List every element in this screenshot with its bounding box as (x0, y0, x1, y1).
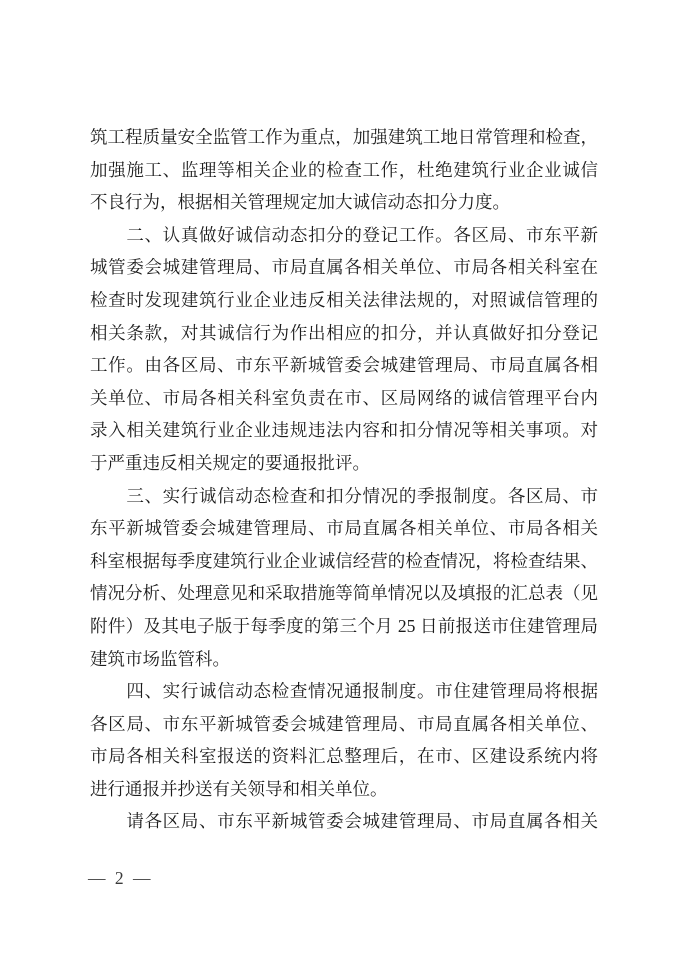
text-line: 情况分析、处理意见和采取措施等简单情况以及填报的汇总表（见 (90, 577, 598, 610)
text-line: 城管委会城建管理局、市局直属各相关单位、市局各相关科室在 (90, 251, 598, 284)
text-line: 各区局、市东平新城管委会城建管理局、市局直属各相关单位、 (90, 708, 598, 741)
text-line: 四、实行诚信动态检查情况通报制度。市住建管理局将根据 (90, 675, 598, 708)
text-line: 加强施工、监理等相关企业的检查工作，杜绝建筑行业企业诚信 (90, 154, 598, 187)
text-line: 筑工程质量安全监管工作为重点，加强建筑工地日常管理和检查， (90, 121, 598, 154)
text-line: 关单位、市局各相关科室负责在市、区局网络的诚信管理平台内 (90, 382, 598, 415)
text-line: 录入相关建筑行业企业违规违法内容和扣分情况等相关事项。对 (90, 414, 598, 447)
text-line: 请各区局、市东平新城管委会城建管理局、市局直属各相关 (90, 805, 598, 838)
text-line: 相关条款，对其诚信行为作出相应的扣分，并认真做好扣分登记 (90, 317, 598, 350)
text-line: 附件）及其电子版于每季度的第三个月 25 日前报送市住建管理局 (90, 610, 598, 643)
text-line: 建筑市场监管科。 (90, 643, 598, 676)
text-line: 三、实行诚信动态检查和扣分情况的季报制度。各区局、市 (90, 480, 598, 513)
text-line: 科室根据每季度建筑行业企业诚信经营的检查情况，将检查结果、 (90, 545, 598, 578)
text-line: 检查时发现建筑行业企业违反相关法律法规的，对照诚信管理的 (90, 284, 598, 317)
text-line: 市局各相关科室报送的资料汇总整理后，在市、区建设系统内将 (90, 740, 598, 773)
document-page: 筑工程质量安全监管工作为重点，加强建筑工地日常管理和检查，加强施工、监理等相关企… (0, 0, 680, 962)
paragraph: 请各区局、市东平新城管委会城建管理局、市局直属各相关 (90, 805, 598, 838)
text-line: 于严重违反相关规定的要通报批评。 (90, 447, 598, 480)
text-line: 进行通报并抄送有关领导和相关单位。 (90, 773, 598, 806)
paragraph: 三、实行诚信动态检查和扣分情况的季报制度。各区局、市东平新城管委会城建管理局、市… (90, 480, 598, 676)
document-body: 筑工程质量安全监管工作为重点，加强建筑工地日常管理和检查，加强施工、监理等相关企… (90, 121, 598, 838)
text-line: 东平新城管委会城建管理局、市局直属各相关单位、市局各相关 (90, 512, 598, 545)
text-line: 不良行为，根据相关管理规定加大诚信动态扣分力度。 (90, 186, 598, 219)
paragraph: 二、认真做好诚信动态扣分的登记工作。各区局、市东平新城管委会城建管理局、市局直属… (90, 219, 598, 480)
paragraph: 筑工程质量安全监管工作为重点，加强建筑工地日常管理和检查，加强施工、监理等相关企… (90, 121, 598, 219)
paragraph: 四、实行诚信动态检查情况通报制度。市住建管理局将根据各区局、市东平新城管委会城建… (90, 675, 598, 805)
text-line: 二、认真做好诚信动态扣分的登记工作。各区局、市东平新 (90, 219, 598, 252)
page-number: — 2 — (88, 866, 152, 890)
text-line: 工作。由各区局、市东平新城管委会城建管理局、市局直属各相 (90, 349, 598, 382)
